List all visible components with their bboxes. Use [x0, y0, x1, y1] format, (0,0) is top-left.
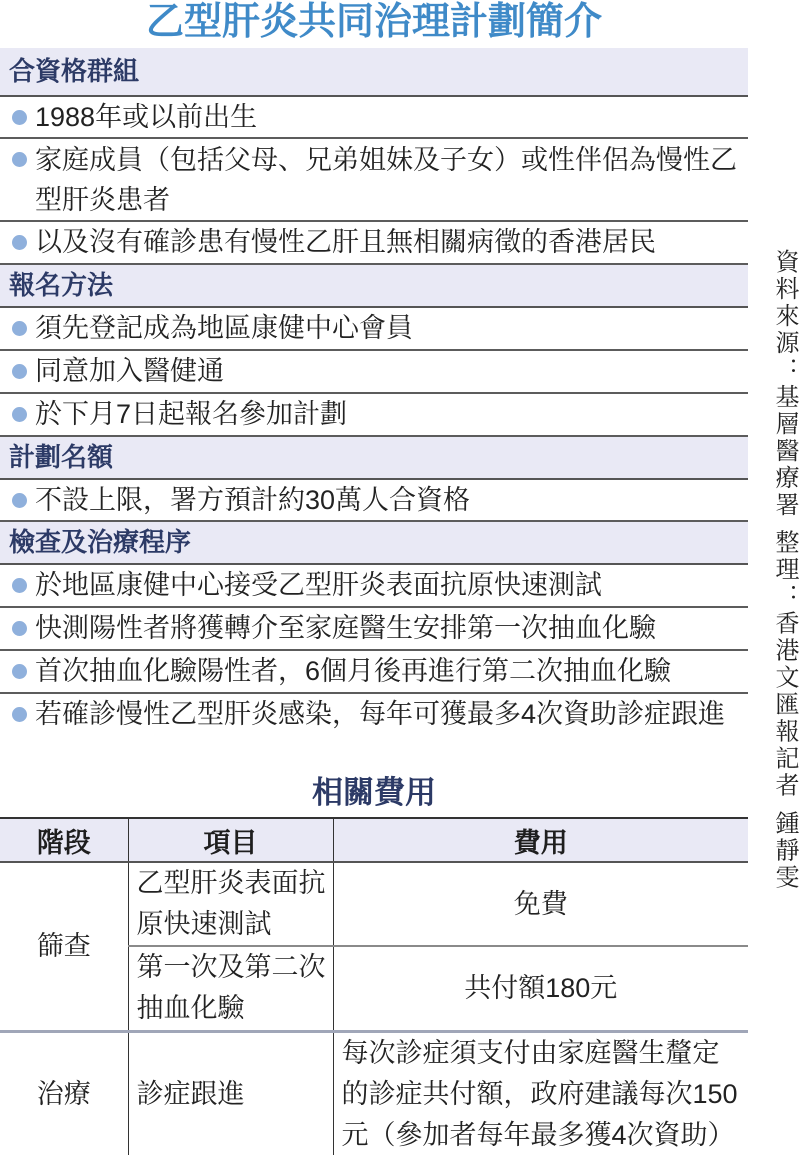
item-cell: 第一次及第二次 抽血化驗 [128, 946, 333, 1031]
fees-table: 階段 項目 費用 篩查 乙型肝炎表面抗 原快速測試 免費 第一次及 [0, 817, 748, 1155]
bullet-icon [12, 407, 27, 422]
fee-cell: 共付額180元 [333, 946, 748, 1031]
list-item-text: 1988年或以前出生 [35, 97, 257, 138]
bullet-icon [12, 707, 27, 722]
program-summary-list: 合資格群組 1988年或以前出生 家庭成員（包括父母、兄弟姐妹及子女）或性伴侶為… [0, 48, 748, 737]
list-item-text: 不設上限，署方預計約30萬人合資格 [35, 480, 470, 521]
table-row: 治療 診症跟進 每次診症須支付由家庭醫生釐定 的診症共付額，政府建議每次150 … [0, 1031, 748, 1155]
column-header-item: 項目 [128, 818, 333, 862]
source-credit: 資料來源：基層醫療署 整理：香港文匯報記者 鍾靜雯 [770, 249, 800, 891]
text-line: 型肝炎患者 [35, 180, 737, 220]
stage-label: 治療 [37, 1079, 91, 1109]
text-line: 同意加入醫健通 [35, 351, 224, 392]
text-line: 診症跟進 [137, 1074, 333, 1115]
item-cell: 乙型肝炎表面抗 原快速測試 [128, 862, 333, 946]
list-item-text: 於地區康健中心接受乙型肝炎表面抗原快速測試 [35, 565, 602, 606]
list-item-text: 家庭成員（包括父母、兄弟姐妹及子女）或性伴侶為慢性乙 型肝炎患者 [35, 140, 737, 220]
bullet-icon [12, 578, 27, 593]
text-line: 於下月7日起報名參加計劃 [35, 394, 347, 435]
column-header-fee: 費用 [333, 818, 748, 862]
text-line: 抽血化驗 [137, 988, 333, 1029]
list-item: 於地區康健中心接受乙型肝炎表面抗原快速測試 [0, 565, 748, 608]
list-item-text: 同意加入醫健通 [35, 351, 224, 392]
text-line: 快測陽性者將獲轉介至家庭醫生安排第一次抽血化驗 [35, 608, 656, 649]
stage-label: 篩查 [37, 931, 91, 961]
list-item-text: 於下月7日起報名參加計劃 [35, 394, 347, 435]
text-line: 第一次及第二次 [137, 947, 333, 988]
bullet-icon [12, 493, 27, 508]
column-header-stage: 階段 [0, 818, 128, 862]
section-heading-procedure: 檢查及治療程序 [0, 522, 748, 565]
list-item: 家庭成員（包括父母、兄弟姐妹及子女）或性伴侶為慢性乙 型肝炎患者 [0, 139, 748, 222]
text-line: 1988年或以前出生 [35, 97, 257, 138]
fee-cell: 免費 [333, 862, 748, 946]
list-item: 1988年或以前出生 [0, 97, 748, 139]
text-line: 的診症共付額，政府建議每次150 [342, 1074, 749, 1115]
text-line: 以及沒有確診患有慢性乙肝且無相關病徵的香港居民 [35, 222, 656, 263]
list-item: 須先登記成為地區康健中心會員 [0, 308, 748, 351]
list-item: 不設上限，署方預計約30萬人合資格 [0, 480, 748, 522]
text-line: 不設上限，署方預計約30萬人合資格 [35, 480, 470, 521]
table-row: 篩查 乙型肝炎表面抗 原快速測試 免費 [0, 862, 748, 946]
text-line: 原快速測試 [137, 904, 333, 945]
list-item: 快測陽性者將獲轉介至家庭醫生安排第一次抽血化驗 [0, 608, 748, 651]
bullet-icon [12, 364, 27, 379]
text-line: 共付額180元 [334, 968, 749, 1009]
stage-cell: 篩查 [0, 862, 128, 1031]
fees-table-title: 相關費用 [0, 770, 748, 816]
text-line: 若確診慢性乙型肝炎感染，每年可獲最多4次資助診症跟進 [35, 694, 725, 735]
list-item: 同意加入醫健通 [0, 351, 748, 394]
stage-cell: 治療 [0, 1031, 128, 1155]
bullet-icon [12, 621, 27, 636]
list-item: 於下月7日起報名參加計劃 [0, 394, 748, 437]
list-item-text: 以及沒有確診患有慢性乙肝且無相關病徵的香港居民 [35, 222, 656, 263]
list-item-text: 若確診慢性乙型肝炎感染，每年可獲最多4次資助診症跟進 [35, 694, 725, 735]
bullet-icon [12, 152, 27, 167]
section-heading-eligibility: 合資格群組 [0, 48, 748, 97]
list-item: 若確診慢性乙型肝炎感染，每年可獲最多4次資助診症跟進 [0, 694, 748, 737]
text-line: 乙型肝炎表面抗 [137, 863, 333, 904]
item-cell: 診症跟進 [128, 1031, 333, 1155]
bullet-icon [12, 235, 27, 250]
list-item-text: 須先登記成為地區康健中心會員 [35, 308, 413, 349]
text-line: 家庭成員（包括父母、兄弟姐妹及子女）或性伴侶為慢性乙 [35, 140, 737, 180]
text-line: 須先登記成為地區康健中心會員 [35, 308, 413, 349]
text-line: 首次抽血化驗陽性者，6個月後再進行第二次抽血化驗 [35, 651, 671, 692]
bullet-icon [12, 321, 27, 336]
section-heading-quota: 計劃名額 [0, 437, 748, 480]
text-line: 元（參加者每年最多獲4次資助） [342, 1115, 749, 1155]
fee-cell: 每次診症須支付由家庭醫生釐定 的診症共付額，政府建議每次150 元（參加者每年最… [333, 1031, 748, 1155]
text-line: 於地區康健中心接受乙型肝炎表面抗原快速測試 [35, 565, 602, 606]
list-item-text: 首次抽血化驗陽性者，6個月後再進行第二次抽血化驗 [35, 651, 671, 692]
bullet-icon [12, 664, 27, 679]
section-heading-registration: 報名方法 [0, 265, 748, 308]
list-item: 首次抽血化驗陽性者，6個月後再進行第二次抽血化驗 [0, 651, 748, 694]
text-line: 每次診症須支付由家庭醫生釐定 [342, 1033, 749, 1074]
text-line: 免費 [334, 884, 749, 925]
table-header-row: 階段 項目 費用 [0, 818, 748, 862]
bullet-icon [12, 110, 27, 125]
page-title: 乙型肝炎共同治理計劃簡介 [0, 0, 748, 46]
list-item: 以及沒有確診患有慢性乙肝且無相關病徵的香港居民 [0, 222, 748, 265]
list-item-text: 快測陽性者將獲轉介至家庭醫生安排第一次抽血化驗 [35, 608, 656, 649]
